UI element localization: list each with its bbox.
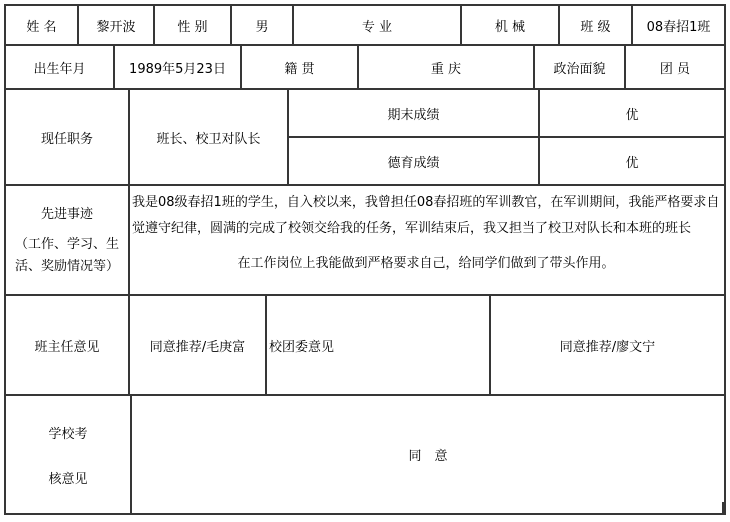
final-grade-value: 优 [540,90,724,136]
form-page: 姓 名 黎开波 性 别 男 专 业 机 械 班 级 08春招1班 出生年月 19… [0,0,730,522]
political-status-value: 团 员 [626,46,724,88]
row-basic-info-2: 出生年月 1989年5月23日 籍 贯 重 庆 政治面貌 团 员 [6,46,724,90]
name-value: 黎开波 [79,6,155,44]
birth-date-label: 出生年月 [6,46,115,88]
deeds-label-line2: （工作、学习、生活、奖励情况等） [10,234,124,278]
head-teacher-opinion-label: 班主任意见 [6,296,130,394]
deeds-label-line1: 先进事迹 [41,203,93,222]
deeds-label: 先进事迹 （工作、学习、生活、奖励情况等） [6,186,130,294]
position-label: 现任职务 [6,90,130,184]
student-recommendation-form: 姓 名 黎开波 性 别 男 专 业 机 械 班 级 08春招1班 出生年月 19… [4,4,726,515]
name-label: 姓 名 [6,6,79,44]
school-assessment-value: 同 意 [132,396,724,513]
league-opinion-value: 同意推荐/廖文宁 [491,296,724,394]
gender-label: 性 别 [155,6,232,44]
moral-grade-value: 优 [540,138,724,184]
deeds-paragraph-2: 在工作岗位上我能做到严格要求自己，给同学们做到了带头作用。 [132,251,720,277]
major-label: 专 业 [294,6,462,44]
head-teacher-opinion-value: 同意推荐/毛庚富 [130,296,267,394]
row-deeds: 先进事迹 （工作、学习、生活、奖励情况等） 我是08级春招1班的学生，自入校以来… [6,186,724,296]
final-grade-row: 期末成绩 优 [289,90,724,138]
row-position-grades: 现任职务 班长、校卫对队长 期末成绩 优 德育成绩 优 [6,90,724,186]
major-value: 机 械 [462,6,560,44]
school-assessment-label-line1: 学校考 [48,423,87,442]
row-basic-info-1: 姓 名 黎开波 性 别 男 专 业 机 械 班 级 08春招1班 [6,6,724,46]
moral-grade-row: 德育成绩 优 [289,138,724,184]
row-opinions: 班主任意见 同意推荐/毛庚富 校团委意见 同意推荐/廖文宁 [6,296,724,396]
league-opinion-label: 校团委意见 [267,296,491,394]
political-status-label: 政治面貌 [535,46,626,88]
final-grade-label: 期末成绩 [289,90,540,136]
native-place-label: 籍 贯 [242,46,359,88]
class-value: 08春招1班 [633,6,724,44]
row-school-assessment: 学校考 核意见 同 意 [6,396,724,513]
moral-grade-label: 德育成绩 [289,138,540,184]
grades-block: 期末成绩 优 德育成绩 优 [289,90,724,184]
native-place-value: 重 庆 [359,46,535,88]
deeds-text: 我是08级春招1班的学生，自入校以来，我曾担任08春招班的军训教官，在军训期间，… [130,186,724,294]
deeds-paragraph-1: 我是08级春招1班的学生，自入校以来，我曾担任08春招班的军训教官，在军训期间，… [132,190,720,242]
position-value: 班长、校卫对队长 [130,90,289,184]
school-assessment-label-line2: 核意见 [48,468,87,487]
gender-value: 男 [232,6,294,44]
text-cursor [722,502,724,514]
class-label: 班 级 [560,6,633,44]
birth-date-value: 1989年5月23日 [115,46,242,88]
school-assessment-label: 学校考 核意见 [6,396,132,513]
